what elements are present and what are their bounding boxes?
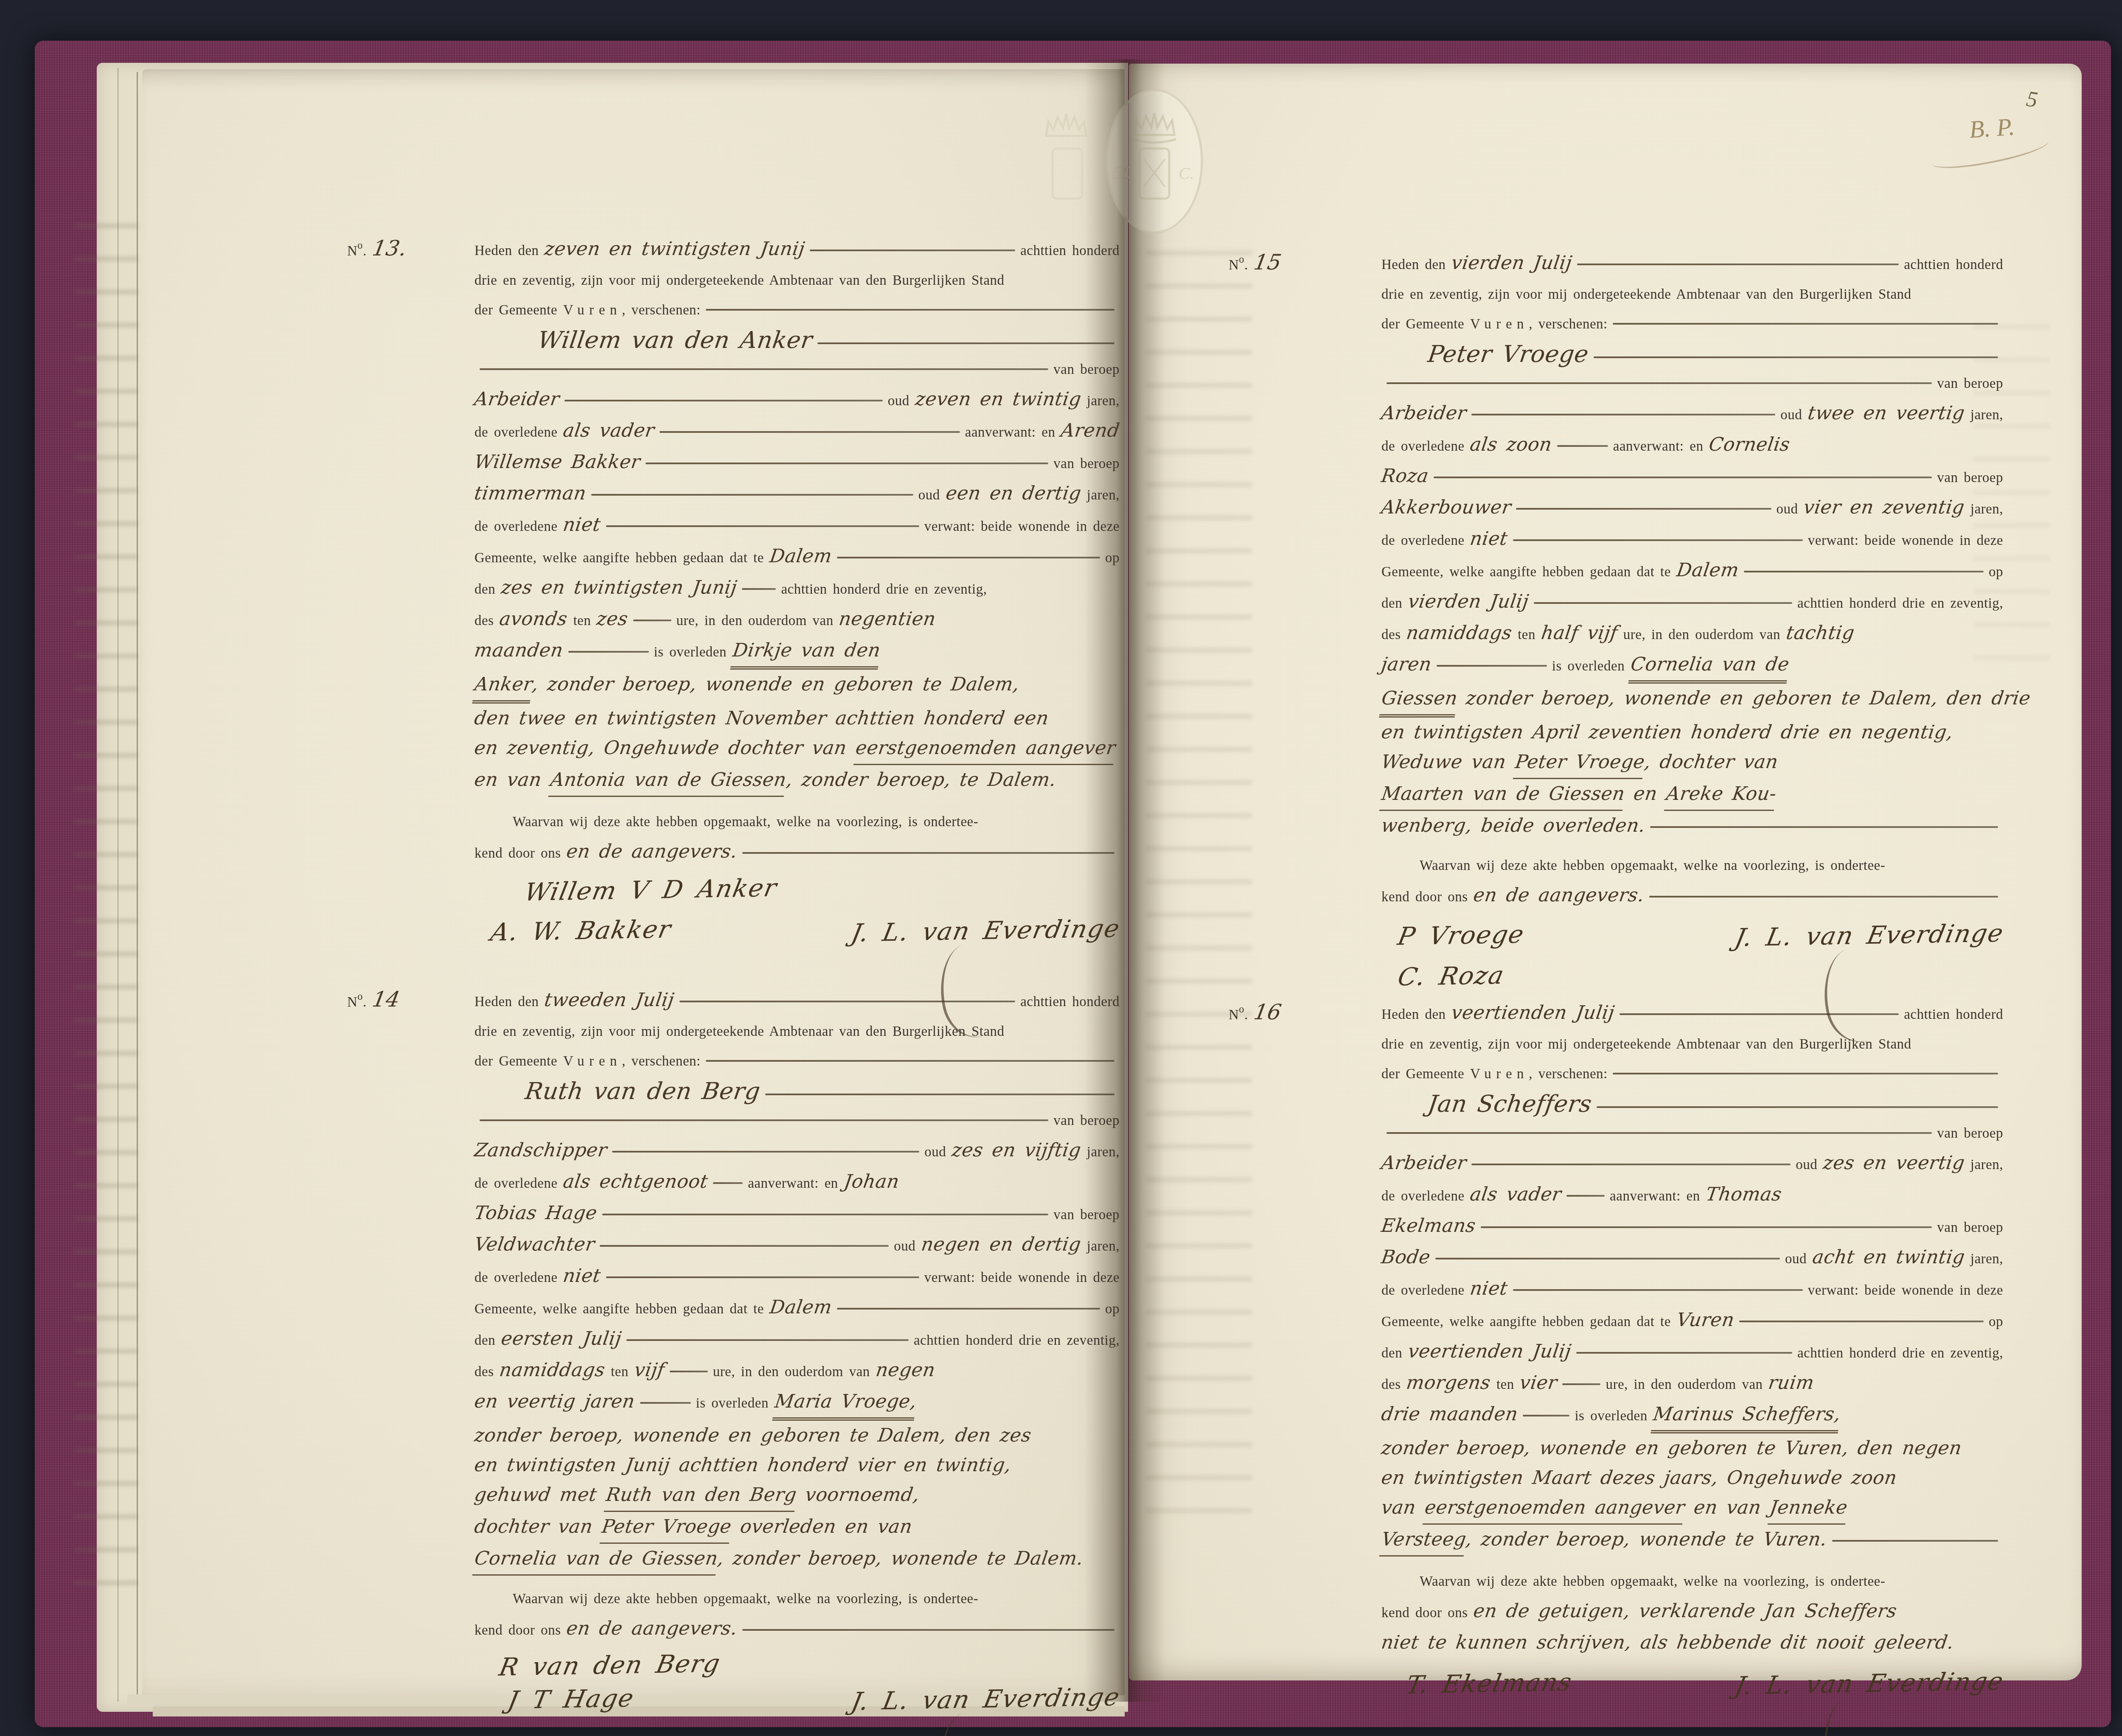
handwritten-entry: Cornelia van de Giessen [472, 1544, 720, 1576]
printed-form-text: oud [888, 386, 915, 416]
handwritten-entry: ruim [1766, 1368, 1816, 1398]
signature: J. L. van Everdinge [849, 914, 1123, 948]
blank-line [1832, 1540, 1998, 1542]
handwritten-entry: Cornelis [1707, 430, 1792, 460]
record-line: Akkerbouweroud vier en zeventig jaren, [1381, 493, 2003, 524]
handwritten-entry: zeven en twintig [913, 384, 1083, 414]
record-line: den eersten Julijachttien honderd drie e… [474, 1324, 1120, 1355]
handwritten-entry: en zeventig, Ongehuwde dochter van [472, 733, 858, 763]
printed-form-text: jaren, [1081, 1137, 1120, 1167]
printed-form-text: drie en zeventig, zijn voor mij onderget… [1381, 1029, 1911, 1059]
printed-form-text: des [474, 606, 500, 636]
handwritten-entry: Jenneke [1768, 1493, 1850, 1525]
printed-form-text: Gemeente, welke aangifte hebben gedaan d… [474, 1294, 770, 1324]
handwritten-entry: Peter Vroege [600, 1512, 733, 1544]
handwritten-entry: Arbeider [1379, 398, 1468, 428]
handwritten-entry: zonder beroep, wonende en geboren te Dal… [1455, 684, 2032, 713]
handwritten-entry: Vuren [1675, 1305, 1736, 1335]
blank-line [670, 1371, 708, 1372]
blank-line [742, 1629, 1114, 1631]
record-line: gehuwd met Ruth van den Berg voornoemd, [474, 1480, 1120, 1512]
record-line: Willem van den Anker [474, 325, 1120, 355]
printed-form-text: kend door ons [474, 1615, 567, 1645]
handwritten-entry: vierden Julij [1449, 248, 1574, 278]
printed-form-text: der Gemeente [474, 295, 563, 325]
page-edge-line [118, 68, 118, 1702]
handwritten-entry: Zandschipper [472, 1136, 609, 1165]
blank-line [742, 852, 1114, 854]
record-line: T. EkelmansJ. L. van Everdinge [1381, 1669, 2003, 1698]
handwritten-entry: Willem van den Anker [536, 325, 814, 355]
record-line: Waarvan wij deze akte hebben opgemaakt, … [1381, 1567, 2003, 1596]
printed-form-text: Heden den [1381, 1000, 1451, 1029]
blank-line [1471, 414, 1775, 415]
record-line: de overledene nietverwant: beide wonende… [474, 510, 1120, 541]
record-line: niet te kunnen schrijven, als hebbende d… [1381, 1628, 2003, 1657]
handwritten-entry: , zonder beroep, wonende en geboren te D… [530, 670, 1021, 699]
blank-line [742, 588, 776, 590]
record-line: Arbeideroud zes en veertig jaren, [1381, 1148, 2003, 1180]
record-number: No.15 [1229, 250, 1281, 275]
record-line: van beroep [474, 1106, 1120, 1136]
blank-line [1534, 602, 1792, 604]
handwritten-entry: half vijf [1539, 618, 1620, 648]
record-number-part: N [1229, 258, 1239, 273]
handwritten-entry: morgens [1404, 1368, 1493, 1398]
printed-form-text: is overleden [654, 637, 733, 667]
printed-form-text: is overleden [1552, 651, 1631, 681]
handwritten-entry: Veldwachter [472, 1230, 597, 1259]
record-number-part: 16 [1252, 1000, 1283, 1024]
handwritten-entry: timmerman [472, 479, 588, 508]
signature: Willem V D Anker [522, 873, 780, 907]
printed-form-text: Vuren [1470, 1059, 1529, 1089]
page-edge-line [137, 72, 138, 1702]
handwritten-entry: als vader [1468, 1180, 1563, 1209]
printed-form-text: verwant: beide wonende in deze [1808, 1276, 2003, 1305]
printed-form-text: kend door ons [1381, 882, 1474, 912]
printed-form-text: achttien honderd drie en zeventig, [1797, 1338, 2003, 1368]
handwritten-entry: Anker [472, 670, 535, 704]
blank-line [679, 1001, 1016, 1002]
handwritten-entry: negen en dertig [919, 1230, 1083, 1259]
handwritten-entry: een en dertig [944, 479, 1083, 508]
record-number-part: 14 [371, 987, 402, 1012]
blank-line [1649, 896, 1998, 897]
printed-form-text: verwant: beide wonende in deze [924, 512, 1120, 541]
printed-form-text: drie en zeventig, zijn voor mij onderget… [1381, 280, 1911, 309]
record-line: drie maandenis overleden Marinus Scheffe… [1381, 1399, 2003, 1433]
record-line: kend door ons en de aangevers. [1381, 881, 2003, 912]
record-line: Versteeg, zonder beroep, wonende te Vure… [1381, 1525, 2003, 1557]
blank-line [817, 342, 1114, 344]
record-line: R van den Berg [474, 1650, 1120, 1680]
record-line: Ruth van den Berg [474, 1076, 1120, 1106]
death-record-15: No.15Heden den vierden Julijachttien hon… [1381, 248, 2003, 991]
printed-form-text: den [1381, 589, 1408, 618]
printed-form-text: de overledene [1381, 1276, 1470, 1305]
printed-form-text: aanverwant: en [965, 418, 1061, 447]
record-line: Gemeente, welke aangifte hebben gedaan d… [1381, 1305, 2003, 1337]
printed-form-text: Waarvan wij deze akte hebben opgemaakt, … [513, 1584, 978, 1614]
blank-line [1594, 356, 1998, 358]
printed-form-text: aanverwant: en [1610, 1181, 1706, 1211]
handwritten-entry: dochter van [472, 1512, 604, 1542]
blank-line [480, 368, 1048, 370]
record-line: Maarten van de Giessen en Areke Kou- [1381, 779, 2003, 811]
record-line: dochter van Peter Vroege overleden en va… [474, 1512, 1120, 1544]
blank-line [1437, 665, 1547, 667]
printed-form-text: op [1105, 543, 1120, 573]
death-record-13: No.13.Heden den zeven en twintigsten Jun… [474, 234, 1120, 945]
printed-form-text: de overledene [474, 1169, 563, 1198]
blank-line [1387, 1132, 1932, 1134]
blank-line [765, 1094, 1114, 1095]
record-line: J T HageJ. L. van Everdinge [474, 1684, 1120, 1714]
printed-form-text: achttien honderd [1020, 236, 1120, 266]
handwritten-entry: zes [595, 604, 630, 634]
blank-line [606, 525, 919, 527]
printed-form-text: Heden den [1381, 250, 1451, 280]
printed-form-text: oud [924, 1137, 952, 1167]
blank-line [480, 1119, 1048, 1121]
record-line: de overledene nietverwant: beide wonende… [1381, 1274, 2003, 1305]
handwritten-entry: en de aangevers. [1471, 881, 1646, 910]
record-line: Gemeente, welke aangifte hebben gedaan d… [474, 1293, 1120, 1324]
printed-form-text: ten [1490, 1370, 1520, 1399]
blank-line [606, 1276, 919, 1278]
handwritten-entry: Marinus Scheffers, [1651, 1399, 1843, 1433]
record-number-part: . [1244, 258, 1248, 273]
printed-form-text: van beroep [1053, 1200, 1120, 1230]
handwritten-entry: Arbeider [1379, 1148, 1468, 1178]
blank-line [1613, 1073, 1998, 1074]
record-number-part: N [347, 244, 357, 259]
handwritten-entry: Jan Scheffers [1426, 1089, 1594, 1119]
record-line: des namiddags ten vijfure, in den ouderd… [474, 1355, 1120, 1387]
printed-form-text: de overledene [474, 512, 563, 541]
signature: A. W. Bakker [488, 914, 674, 947]
printed-form-text: , verschenen: [622, 295, 701, 325]
handwritten-entry: Johan [842, 1167, 901, 1197]
embossed-tax-seal: 50 C. [1101, 85, 1207, 238]
record-line: Heden den zeven en twintigsten Junijacht… [474, 234, 1120, 266]
handwritten-entry: , zonder beroep, wonende te Dalem. [716, 1544, 1085, 1573]
record-line: en veertig jarenis overleden Maria Vroeg… [474, 1387, 1120, 1421]
printed-form-text: oud [1777, 494, 1804, 524]
record-number-part: N [1229, 1007, 1239, 1023]
record-line: Anker, zonder beroep, wonende en geboren… [474, 670, 1120, 704]
handwritten-entry: zeven en twintigsten Junij [542, 234, 807, 264]
printed-form-text: op [1105, 1294, 1120, 1324]
printed-form-text: achttien honderd [1904, 250, 2003, 280]
record-line: Willemse Bakkervan beroep [474, 447, 1120, 479]
printed-form-text: , verschenen: [1529, 309, 1608, 339]
blank-line [713, 1182, 743, 1184]
record-line: Zandschipperoud zes en vijftig jaren, [474, 1136, 1120, 1167]
handwritten-entry: niet te kunnen schrijven, als hebbende d… [1379, 1628, 1956, 1657]
blank-line [1513, 1289, 1803, 1291]
printed-form-text: van beroep [1937, 1213, 2003, 1242]
handwritten-entry: eerstgenoemden aangever [853, 733, 1118, 765]
record-line: des morgens ten vierure, in den ouderdom… [1381, 1368, 2003, 1399]
record-number-part: . [363, 995, 367, 1010]
printed-form-text: des [1381, 1370, 1406, 1399]
handwritten-entry: Roza [1379, 461, 1431, 491]
record-number-part: o [357, 240, 363, 251]
printed-form-text: den [1381, 1338, 1408, 1368]
record-line: maandenis overleden Dirkje van den [474, 636, 1120, 670]
blank-line [646, 463, 1049, 464]
handwritten-entry: Versteeg [1379, 1525, 1468, 1557]
handwritten-entry: niet [1468, 1274, 1510, 1304]
blank-line [1471, 1164, 1791, 1165]
handwritten-entry: veertienden Julij [1449, 998, 1617, 1028]
record-line: de overledene nietverwant: beide wonende… [474, 1261, 1120, 1293]
record-line: en van Antonia van de Giessen, zonder be… [474, 765, 1120, 797]
record-number-part: o [1239, 1004, 1244, 1015]
handwritten-entry: Weduwe van [1379, 747, 1517, 777]
handwritten-entry: en twintigsten Junij achttien honderd vi… [472, 1450, 1013, 1480]
handwritten-entry: vierden Julij [1406, 587, 1531, 617]
printed-form-text: aanverwant: en [748, 1169, 844, 1198]
printed-form-text: van beroep [1053, 449, 1120, 479]
record-line: de overledene als vaderaanverwant: en Th… [1381, 1180, 2003, 1211]
handwritten-entry: avonds [497, 604, 570, 634]
blank-line [1434, 477, 1932, 478]
printed-form-text: , verschenen: [1529, 1059, 1608, 1089]
signature: C. Roza [1395, 960, 1507, 992]
printed-form-text: Heden den [474, 236, 545, 266]
printed-form-text: der Gemeente [1381, 1059, 1470, 1089]
handwritten-entry: Antonia van de Giessen [548, 765, 789, 797]
handwritten-entry: zes en twintigsten Junij [499, 573, 739, 603]
handwritten-entry: Maarten van de Giessen [1379, 779, 1627, 811]
handwritten-entry: Cornelia van de [1628, 650, 1791, 684]
blank-line [1562, 1383, 1600, 1385]
printed-form-text: jaren, [1965, 1244, 2003, 1274]
printed-form-text: achttien honderd drie en zeventig, [914, 1326, 1120, 1355]
printed-form-text: jaren, [1965, 494, 2003, 524]
record-line: en twintigsten Junij achttien honderd vi… [474, 1450, 1120, 1480]
handwritten-entry: wenberg, beide overleden. [1379, 811, 1647, 841]
record-line: van eerstgenoemden aangever en van Jenne… [1381, 1493, 2003, 1525]
record-line: van beroep [474, 355, 1120, 384]
printed-form-text: de overledene [1381, 526, 1470, 555]
printed-form-text: der Gemeente [474, 1046, 563, 1076]
record-line: timmermanoud een en dertig jaren, [474, 479, 1120, 510]
handwritten-entry: vijf [632, 1355, 667, 1385]
record-line: Heden den veertienden Julijachttien hond… [1381, 998, 2003, 1029]
printed-form-text: der Gemeente [1381, 309, 1470, 339]
record-line: P VroegeJ. L. van Everdinge [1381, 920, 2003, 950]
record-line: der Gemeente Vuren, verschenen: [1381, 1059, 2003, 1089]
record-line: der Gemeente Vuren, verschenen: [1381, 309, 2003, 339]
record-line: des avonds ten zesure, in den ouderdom v… [474, 604, 1120, 636]
record-line: den vierden Julijachttien honderd drie e… [1381, 587, 2003, 618]
record-line: van beroep [1381, 1119, 2003, 1148]
embossed-seal-partial [1042, 102, 1093, 229]
record-line: Giessen zonder beroep, wonende en gebore… [1381, 684, 2003, 718]
record-number: No.14 [347, 987, 399, 1012]
printed-form-text: Waarvan wij deze akte hebben opgemaakt, … [1420, 851, 1885, 881]
record-line: de overledene als echtgenootaanverwant: … [474, 1167, 1120, 1198]
handwritten-entry: zes en vijftig [950, 1136, 1083, 1165]
record-line: Gemeente, welke aangifte hebben gedaan d… [474, 541, 1120, 573]
printed-form-text: de overledene [1381, 1181, 1470, 1211]
printed-form-text: Gemeente, welke aangifte hebben gedaan d… [474, 543, 770, 573]
record-line: Bodeoud acht en twintig jaren, [1381, 1242, 2003, 1274]
record-number: No.13. [347, 236, 406, 261]
handwritten-entry: Ruth van den Berg [523, 1076, 762, 1106]
record-number-part: N [347, 995, 357, 1010]
blank-line [1650, 826, 1998, 828]
printed-form-text: de overledene [474, 418, 563, 447]
record-line: en twintigsten Maart dezes jaars, Ongehu… [1381, 1463, 2003, 1493]
printed-form-text: achttien honderd [1904, 1000, 2003, 1029]
record-line: de overledene nietverwant: beide wonende… [1381, 524, 2003, 555]
blank-line [602, 1214, 1049, 1215]
handwritten-entry: en [1622, 779, 1668, 809]
handwritten-entry: tweeden Julij [542, 985, 676, 1015]
handwritten-entry: acht en twintig [1810, 1242, 1967, 1272]
handwritten-entry: , zonder beroep, te Dalem. [784, 765, 1058, 795]
printed-form-text: den [474, 1326, 501, 1355]
handwritten-entry: Peter Vroege [1426, 339, 1591, 369]
printed-form-text: de overledene [474, 1263, 563, 1293]
blank-line [837, 1308, 1100, 1310]
printed-form-text: oud [894, 1231, 921, 1261]
handwritten-entry: Bode [1379, 1242, 1432, 1272]
record-line: Willem V D Anker [474, 875, 1120, 905]
handwritten-entry: maanden [472, 636, 565, 665]
record-line: de overledene als vaderaanverwant: en Ar… [474, 416, 1120, 447]
printed-form-text: kend door ons [474, 839, 567, 868]
printed-form-text: , verschenen: [622, 1046, 701, 1076]
record-line: kend door ons en de getuigen, verklarend… [1381, 1596, 2003, 1628]
signature: J T Hage [505, 1683, 637, 1715]
blank-line [1557, 445, 1608, 447]
printed-form-text: van beroep [1937, 1119, 2003, 1148]
printed-form-text: verwant: beide wonende in deze [1808, 526, 2003, 555]
handwritten-entry: en van [472, 765, 553, 795]
signature: J. L. van Everdinge [1732, 1666, 2007, 1701]
record-line: Waarvan wij deze akte hebben opgemaakt, … [474, 1584, 1120, 1614]
printed-form-text: jaren, [1081, 480, 1120, 510]
printed-form-text: jaren, [1965, 400, 2003, 430]
record-line: Arbeideroud twee en veertig jaren, [1381, 398, 2003, 430]
handwritten-entry: , dochter van [1642, 747, 1780, 777]
handwritten-entry: vier en zeventig [1802, 493, 1967, 522]
printed-form-text: Gemeente, welke aangifte hebben gedaan d… [1381, 557, 1677, 587]
record-line: Peter Vroege [1381, 339, 2003, 369]
handwritten-entry: niet [1468, 524, 1510, 554]
handwritten-entry: negen [874, 1355, 937, 1385]
blank-line [612, 1151, 919, 1153]
record-line: Weduwe van Peter Vroege, dochter van [1381, 747, 2003, 779]
record-line: Jan Scheffers [1381, 1089, 2003, 1119]
handwritten-entry: niet [561, 510, 603, 540]
handwritten-entry: van [1379, 1493, 1427, 1523]
blank-line [640, 1402, 691, 1404]
blank-line [1516, 508, 1771, 510]
record-number-part: . [1244, 1007, 1248, 1023]
printed-form-text: den [474, 575, 501, 604]
handwritten-entry: als vader [561, 416, 657, 446]
printed-form-text: Waarvan wij deze akte hebben opgemaakt, … [513, 807, 978, 837]
printed-form-text: is overleden [696, 1388, 775, 1418]
blank-line [660, 431, 960, 433]
printed-form-text: des [474, 1357, 500, 1387]
handwritten-entry: en twintigsten April zeventien honderd d… [1379, 718, 1955, 747]
blank-line [837, 557, 1100, 558]
handwritten-entry: en veertig jaren [472, 1387, 637, 1416]
civil-register-scan: 50 C. 5 B. P. No.13.Heden den zeven en t… [0, 0, 2122, 1736]
handwritten-entry: Dalem [1675, 555, 1741, 585]
printed-form-text: ten [1512, 620, 1541, 650]
blank-line [1481, 1226, 1932, 1228]
handwritten-entry: Arbeider [472, 384, 561, 414]
clerk-initials: B. P. [1968, 112, 2015, 143]
printed-form-text: achttien honderd drie en zeventig, [781, 575, 987, 604]
handwritten-entry: drie maanden [1379, 1399, 1520, 1429]
handwritten-entry: veertienden Julij [1406, 1337, 1573, 1366]
blank-line [706, 309, 1114, 311]
signature: T. Ekelmans [1403, 1667, 1575, 1700]
record-line: en twintigsten April zeventien honderd d… [1381, 718, 2003, 747]
handwritten-entry: Areke Kou- [1664, 779, 1778, 811]
record-line: Waarvan wij deze akte hebben opgemaakt, … [474, 807, 1120, 837]
printed-form-text: op [1989, 557, 2003, 587]
blank-line [626, 1339, 909, 1341]
record-line: drie en zeventig, zijn voor mij onderget… [474, 266, 1120, 295]
svg-text:C.: C. [1179, 164, 1194, 183]
handwritten-entry: Akkerbouwer [1379, 493, 1513, 522]
handwritten-entry: als echtgenoot [561, 1167, 710, 1197]
blank-line [1613, 323, 1998, 325]
blank-line [1739, 1321, 1984, 1322]
handwritten-entry: tachtig [1784, 618, 1856, 648]
handwritten-entry: gehuwd met [472, 1480, 608, 1510]
signature: R van den Berg [497, 1648, 723, 1682]
handwritten-entry: en de getuigen, verklarende Jan Scheffer… [1471, 1596, 1899, 1626]
handwritten-entry: namiddags [497, 1355, 607, 1385]
signature: P Vroege [1395, 919, 1527, 951]
blank-line [810, 250, 1015, 251]
printed-form-text: jaren, [1081, 386, 1120, 416]
handwritten-entry: Ekelmans [1379, 1211, 1478, 1241]
handwritten-entry: vier [1518, 1368, 1560, 1398]
blank-line [1620, 1013, 1899, 1015]
handwritten-entry: den twee en twintigsten November achttie… [472, 704, 1051, 733]
printed-form-text: jaren, [1965, 1150, 2003, 1180]
blank-line [1577, 264, 1899, 265]
handwritten-entry: namiddags [1404, 618, 1514, 648]
record-line: C. Roza [1381, 961, 2003, 991]
printed-form-text: van beroep [1053, 355, 1120, 384]
blank-line [1576, 1352, 1792, 1354]
blank-line [633, 620, 671, 621]
printed-form-text: des [1381, 620, 1406, 650]
printed-form-text: ten [567, 606, 597, 636]
record-line: A. W. BakkerJ. L. van Everdinge [474, 916, 1120, 945]
record-line: Cornelia van de Giessen, zonder beroep, … [474, 1544, 1120, 1576]
handwritten-entry: zonder beroep, wonende en geboren te Dal… [472, 1421, 1033, 1450]
handwritten-entry: Willemse Bakker [472, 447, 642, 477]
record-line: zonder beroep, wonende en geboren te Dal… [474, 1421, 1120, 1450]
printed-form-text: achttien honderd drie en zeventig, [1797, 589, 2003, 618]
handwritten-entry: en de aangevers. [564, 1614, 739, 1643]
